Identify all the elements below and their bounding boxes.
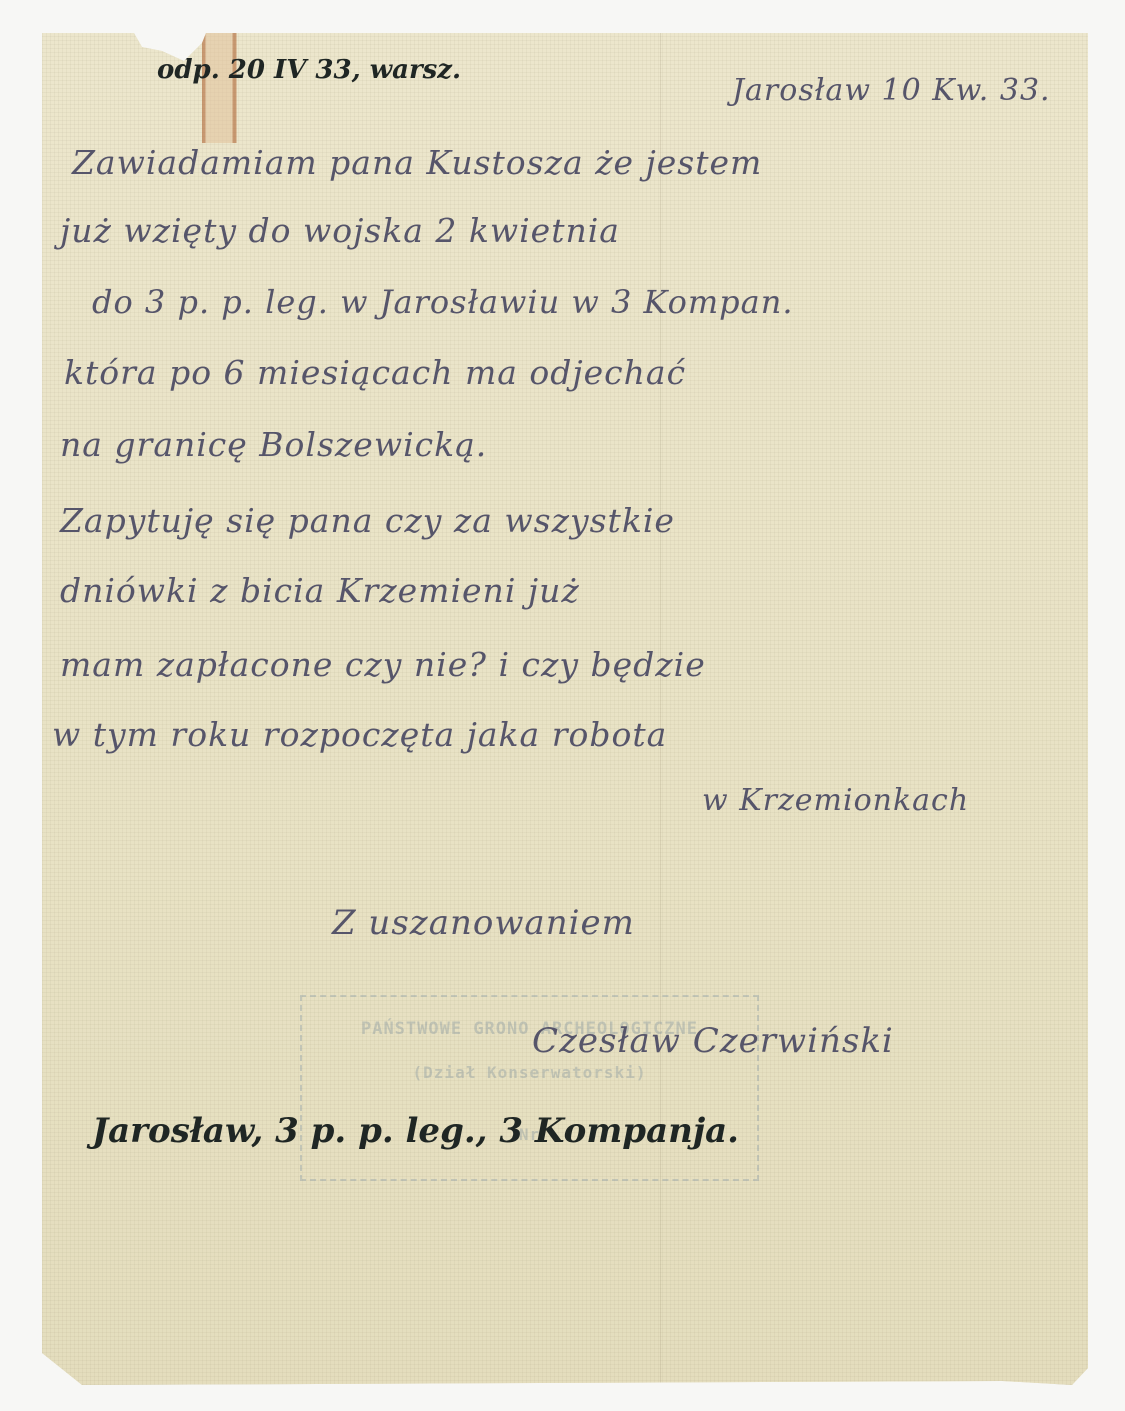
- body-line-2: już wzięty do wojska 2 kwietnia: [60, 211, 620, 250]
- fold-crease: [660, 33, 661, 1385]
- body-line-3: do 3 p. p. leg. w Jarosławiu w 3 Kompan.: [92, 283, 794, 321]
- body-line-6: Zapytuję się pana czy za wszystkie: [60, 501, 675, 540]
- body-line-7: dniówki z bicia Krzemieni już: [60, 571, 580, 610]
- body-line-5: na granicę Bolszewicką.: [60, 425, 487, 464]
- signature: Czesław Czerwiński: [532, 1021, 894, 1061]
- body-line-10: w Krzemionkach: [702, 783, 969, 818]
- return-address: Jarosław, 3 p. p. leg., 3 Kompanja.: [92, 1111, 739, 1151]
- rust-stain: [202, 33, 238, 143]
- body-line-1: Zawiadamiam pana Kustosza że jestem: [72, 143, 762, 182]
- place-date: Jarosław 10 Kw. 33.: [732, 73, 1051, 108]
- body-line-9: w tym roku rozpoczęta jaka robota: [52, 715, 667, 754]
- letter-paper: PAŃSTWOWE GRONO ARCHEOLOGICZNE (Dział Ko…: [42, 33, 1088, 1385]
- closing-salutation: Z uszanowaniem: [332, 903, 635, 943]
- stamp-line-2: (Dział Konserwatorski): [302, 1063, 757, 1082]
- body-line-4: która po 6 miesiącach ma odjechać: [64, 353, 686, 392]
- body-line-8: mam zapłacone czy nie? i czy będzie: [60, 645, 706, 684]
- reply-annotation: odp. 20 IV 33, warsz.: [157, 55, 461, 85]
